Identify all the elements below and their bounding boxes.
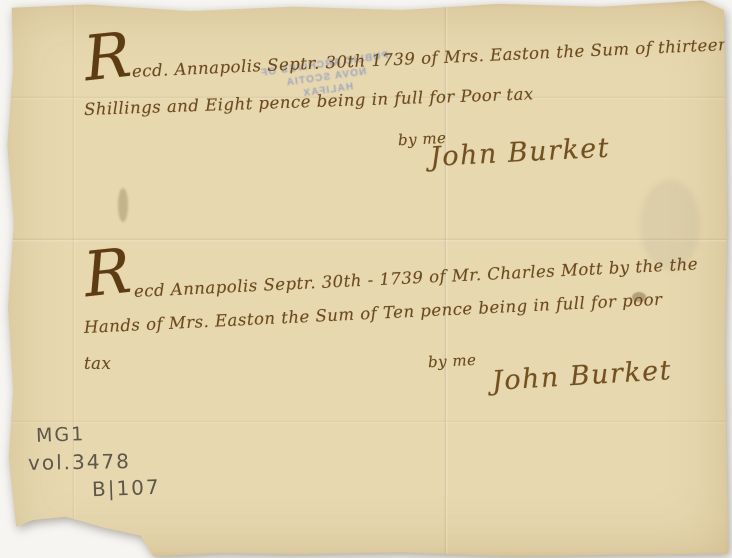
receipt2-byline: by me [428, 351, 477, 372]
receipt1-initial-R: R [81, 24, 134, 91]
receipt-paper: PUBLIC ARCHIVES OF NOVA SCOTIA HALIFAX R… [0, 0, 732, 558]
archive-ref-volume: vol.3478 [28, 449, 131, 475]
receipt2-line3: tax [84, 354, 111, 373]
receipt1-signature: John Burket [429, 133, 611, 173]
fold-crease-horizontal-bottom [0, 420, 732, 424]
fold-crease-vertical-left [72, 0, 76, 558]
receipt1-line1: ecd. Annapolis Septr. 30th 1739 of Mrs. … [132, 35, 730, 81]
archive-ref-fonds: MG1 [36, 423, 86, 447]
paper-surface: PUBLIC ARCHIVES OF NOVA SCOTIA HALIFAX R… [0, 0, 732, 558]
ink-smudge [118, 188, 128, 222]
photo-background: PUBLIC ARCHIVES OF NOVA SCOTIA HALIFAX R… [0, 0, 732, 558]
receipt2-signature: John Burket [491, 355, 673, 397]
archive-ref-item: B|107 [92, 475, 161, 501]
receipt2-initial-R: R [81, 240, 134, 307]
